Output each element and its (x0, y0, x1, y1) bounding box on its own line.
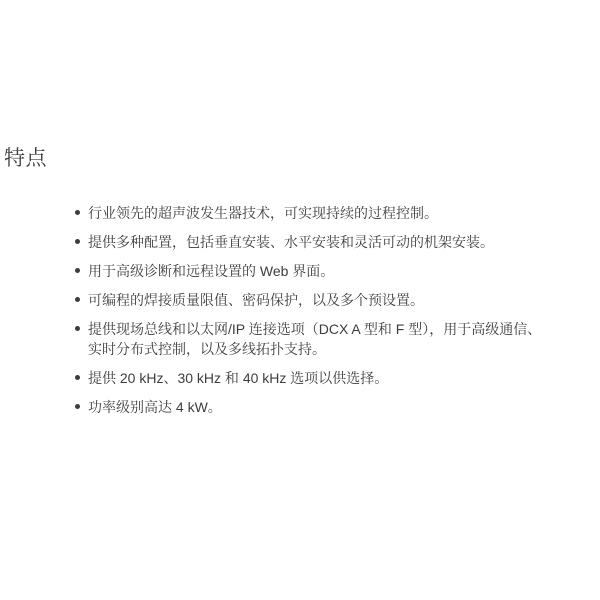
feature-text: 行业领先的超声波发生器技术，可实现持续的过程控制。 (88, 205, 438, 221)
list-item: 提供多种配置，包括垂直安装、水平安装和灵活可动的机架安装。 (72, 232, 548, 252)
features-section: 特点 行业领先的超声波发生器技术，可实现持续的过程控制。 提供多种配置，包括垂直… (0, 0, 600, 600)
bullet-icon (75, 268, 80, 273)
bullet-icon (75, 326, 80, 331)
bullet-icon (75, 297, 80, 302)
bullet-icon (75, 404, 80, 409)
bullet-icon (75, 210, 80, 215)
feature-text: 可编程的焊接质量限值、密码保护，以及多个预设置。 (88, 292, 424, 308)
feature-text: 提供现场总线和以太网/IP 连接选项（DCX A 型和 F 型），用于高级通信、… (88, 321, 541, 357)
list-item: 行业领先的超声波发生器技术，可实现持续的过程控制。 (72, 203, 548, 223)
bullet-icon (75, 375, 80, 380)
bullet-icon (75, 239, 80, 244)
feature-text: 用于高级诊断和远程设置的 Web 界面。 (88, 263, 334, 279)
feature-list: 行业领先的超声波发生器技术，可实现持续的过程控制。 提供多种配置，包括垂直安装、… (72, 203, 548, 417)
feature-text: 提供 20 kHz、30 kHz 和 40 kHz 选项以供选择。 (88, 370, 388, 386)
list-item: 提供 20 kHz、30 kHz 和 40 kHz 选项以供选择。 (72, 368, 548, 388)
feature-text: 提供多种配置，包括垂直安装、水平安装和灵活可动的机架安装。 (88, 234, 494, 250)
list-item: 功率级别高达 4 kW。 (72, 397, 548, 417)
list-item: 可编程的焊接质量限值、密码保护，以及多个预设置。 (72, 290, 548, 310)
list-item: 用于高级诊断和远程设置的 Web 界面。 (72, 261, 548, 281)
list-item: 提供现场总线和以太网/IP 连接选项（DCX A 型和 F 型），用于高级通信、… (72, 319, 548, 359)
feature-text: 功率级别高达 4 kW。 (88, 399, 222, 415)
section-title: 特点 (4, 148, 600, 170)
